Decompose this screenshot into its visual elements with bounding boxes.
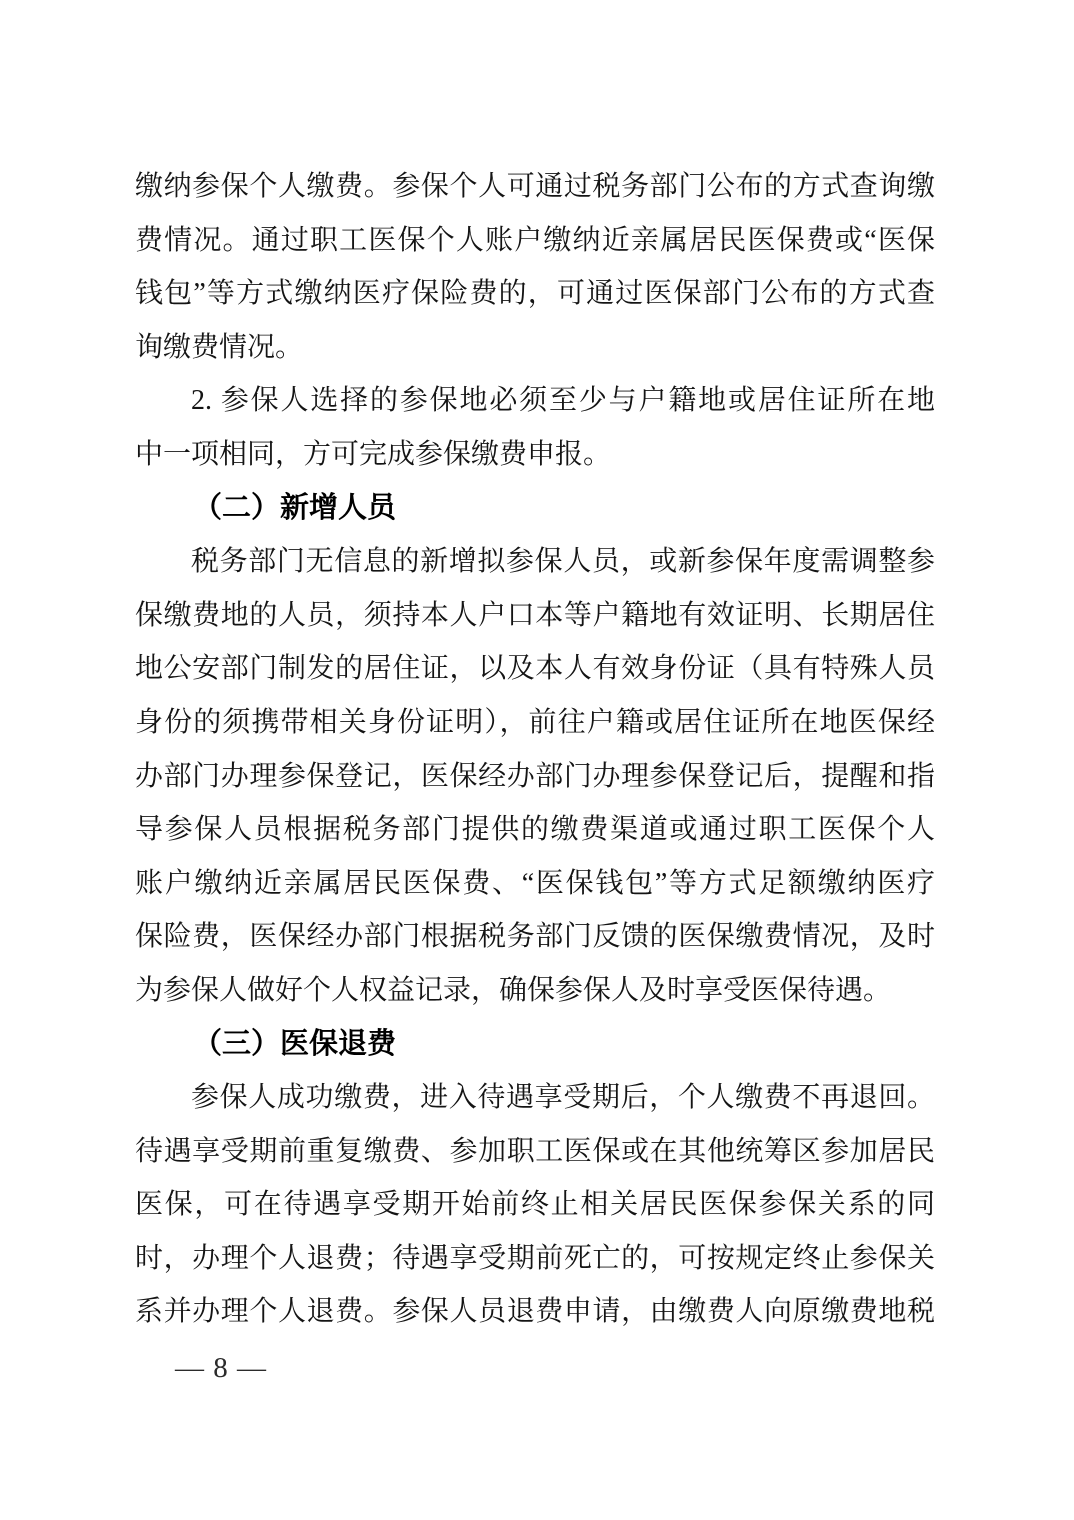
text-line: 参保人成功缴费，进入待遇享受期后，个人缴费不再退回。 <box>135 1071 935 1125</box>
document-body: 缴纳参保个人缴费。参保个人可通过税务部门公布的方式查询缴费情况。通过职工医保个人… <box>135 160 935 1339</box>
section-heading: （二）新增人员 <box>135 482 935 536</box>
text-line: 办部门办理参保登记，医保经办部门办理参保登记后，提醒和指 <box>135 750 935 804</box>
text-line: 保险费，医保经办部门根据税务部门反馈的医保缴费情况，及时 <box>135 910 935 964</box>
text-line: 身份的须携带相关身份证明），前往户籍或居住证所在地医保经 <box>135 696 935 750</box>
text-line: 中一项相同，方可完成参保缴费申报。 <box>135 428 935 482</box>
text-line: 钱包”等方式缴纳医疗保险费的，可通过医保部门公布的方式查 <box>135 267 935 321</box>
document-page: 缴纳参保个人缴费。参保个人可通过税务部门公布的方式查询缴费情况。通过职工医保个人… <box>0 0 1074 1520</box>
text-line: 系并办理个人退费。参保人员退费申请，由缴费人向原缴费地税 <box>135 1285 935 1339</box>
page-footer: — 8 — <box>175 1350 267 1390</box>
text-line: 税务部门无信息的新增拟参保人员，或新参保年度需调整参 <box>135 535 935 589</box>
text-line: 待遇享受期前重复缴费、参加职工医保或在其他统筹区参加居民 <box>135 1125 935 1179</box>
text-line: 导参保人员根据税务部门提供的缴费渠道或通过职工医保个人 <box>135 803 935 857</box>
section-heading: （三）医保退费 <box>135 1018 935 1072</box>
text-line: 询缴费情况。 <box>135 321 935 375</box>
text-line: 医保，可在待遇享受期开始前终止相关居民医保参保关系的同 <box>135 1178 935 1232</box>
text-line: 保缴费地的人员，须持本人户口本等户籍地有效证明、长期居住 <box>135 589 935 643</box>
text-line: 时，办理个人退费；待遇享受期前死亡的，可按规定终止参保关 <box>135 1232 935 1286</box>
text-line: 缴纳参保个人缴费。参保个人可通过税务部门公布的方式查询缴 <box>135 160 935 214</box>
text-line: 2. 参保人选择的参保地必须至少与户籍地或居住证所在地 <box>135 374 935 428</box>
text-line: 账户缴纳近亲属居民医保费、“医保钱包”等方式足额缴纳医疗 <box>135 857 935 911</box>
text-line: 费情况。通过职工医保个人账户缴纳近亲属居民医保费或“医保 <box>135 214 935 268</box>
text-line: 地公安部门制发的居住证，以及本人有效身份证（具有特殊人员 <box>135 642 935 696</box>
page-number: — 8 — <box>175 1352 267 1384</box>
text-line: 为参保人做好个人权益记录，确保参保人及时享受医保待遇。 <box>135 964 935 1018</box>
